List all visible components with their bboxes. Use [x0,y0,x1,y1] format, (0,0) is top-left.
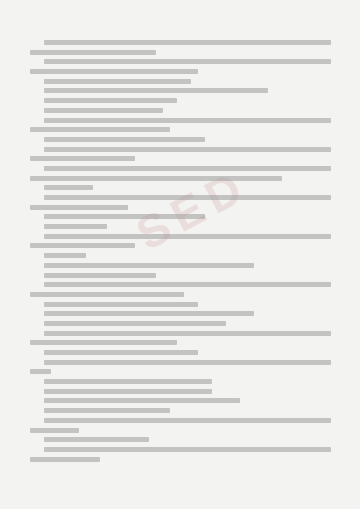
redacted-text-line [30,127,170,132]
redacted-text-line [30,69,198,74]
redacted-text-line [30,176,282,181]
redacted-text-line [44,302,198,307]
redacted-text-line [44,195,331,200]
novel-page: SED Original page body is explicit adult… [0,0,360,509]
redacted-text-line [44,311,254,316]
redacted-text-line [44,253,86,258]
redacted-text-line [44,214,205,219]
redacted-text-line [44,185,93,190]
redacted-text-line [44,418,331,423]
redacted-text-line [44,147,331,152]
redacted-text-line [44,98,177,103]
redacted-text-line [44,137,205,142]
redacted-text-line [44,282,331,287]
redacted-text-line [44,59,331,64]
redacted-text-line [44,398,240,403]
redacted-text-line [30,292,184,297]
redacted-text-line [44,331,331,336]
redacted-text-line [30,457,100,462]
redacted-text-line [44,40,331,45]
redacted-text-line [30,428,79,433]
redacted-text-line [44,389,212,394]
redacted-text-line [44,447,331,452]
redacted-text-line [44,263,254,268]
redacted-text-line [30,243,135,248]
redacted-text-line [44,321,226,326]
redacted-text-line [44,224,107,229]
redacted-text-line [30,205,128,210]
redacted-text-line [44,273,156,278]
redacted-text-line [44,108,163,113]
redacted-text-line [44,437,149,442]
redacted-text-line [30,156,135,161]
redacted-text-line [44,166,331,171]
redacted-text-line [44,118,331,123]
redacted-text-line [44,379,212,384]
redacted-text-line [30,340,177,345]
redacted-text-line [44,79,191,84]
redacted-text-line [30,369,51,374]
redacted-text-line [44,234,331,239]
redacted-text-line [44,350,198,355]
redacted-text-line [44,408,170,413]
redacted-text-line [44,360,331,365]
page-text-block [30,40,332,466]
redacted-text-line [30,50,156,55]
redacted-text-line [44,88,268,93]
